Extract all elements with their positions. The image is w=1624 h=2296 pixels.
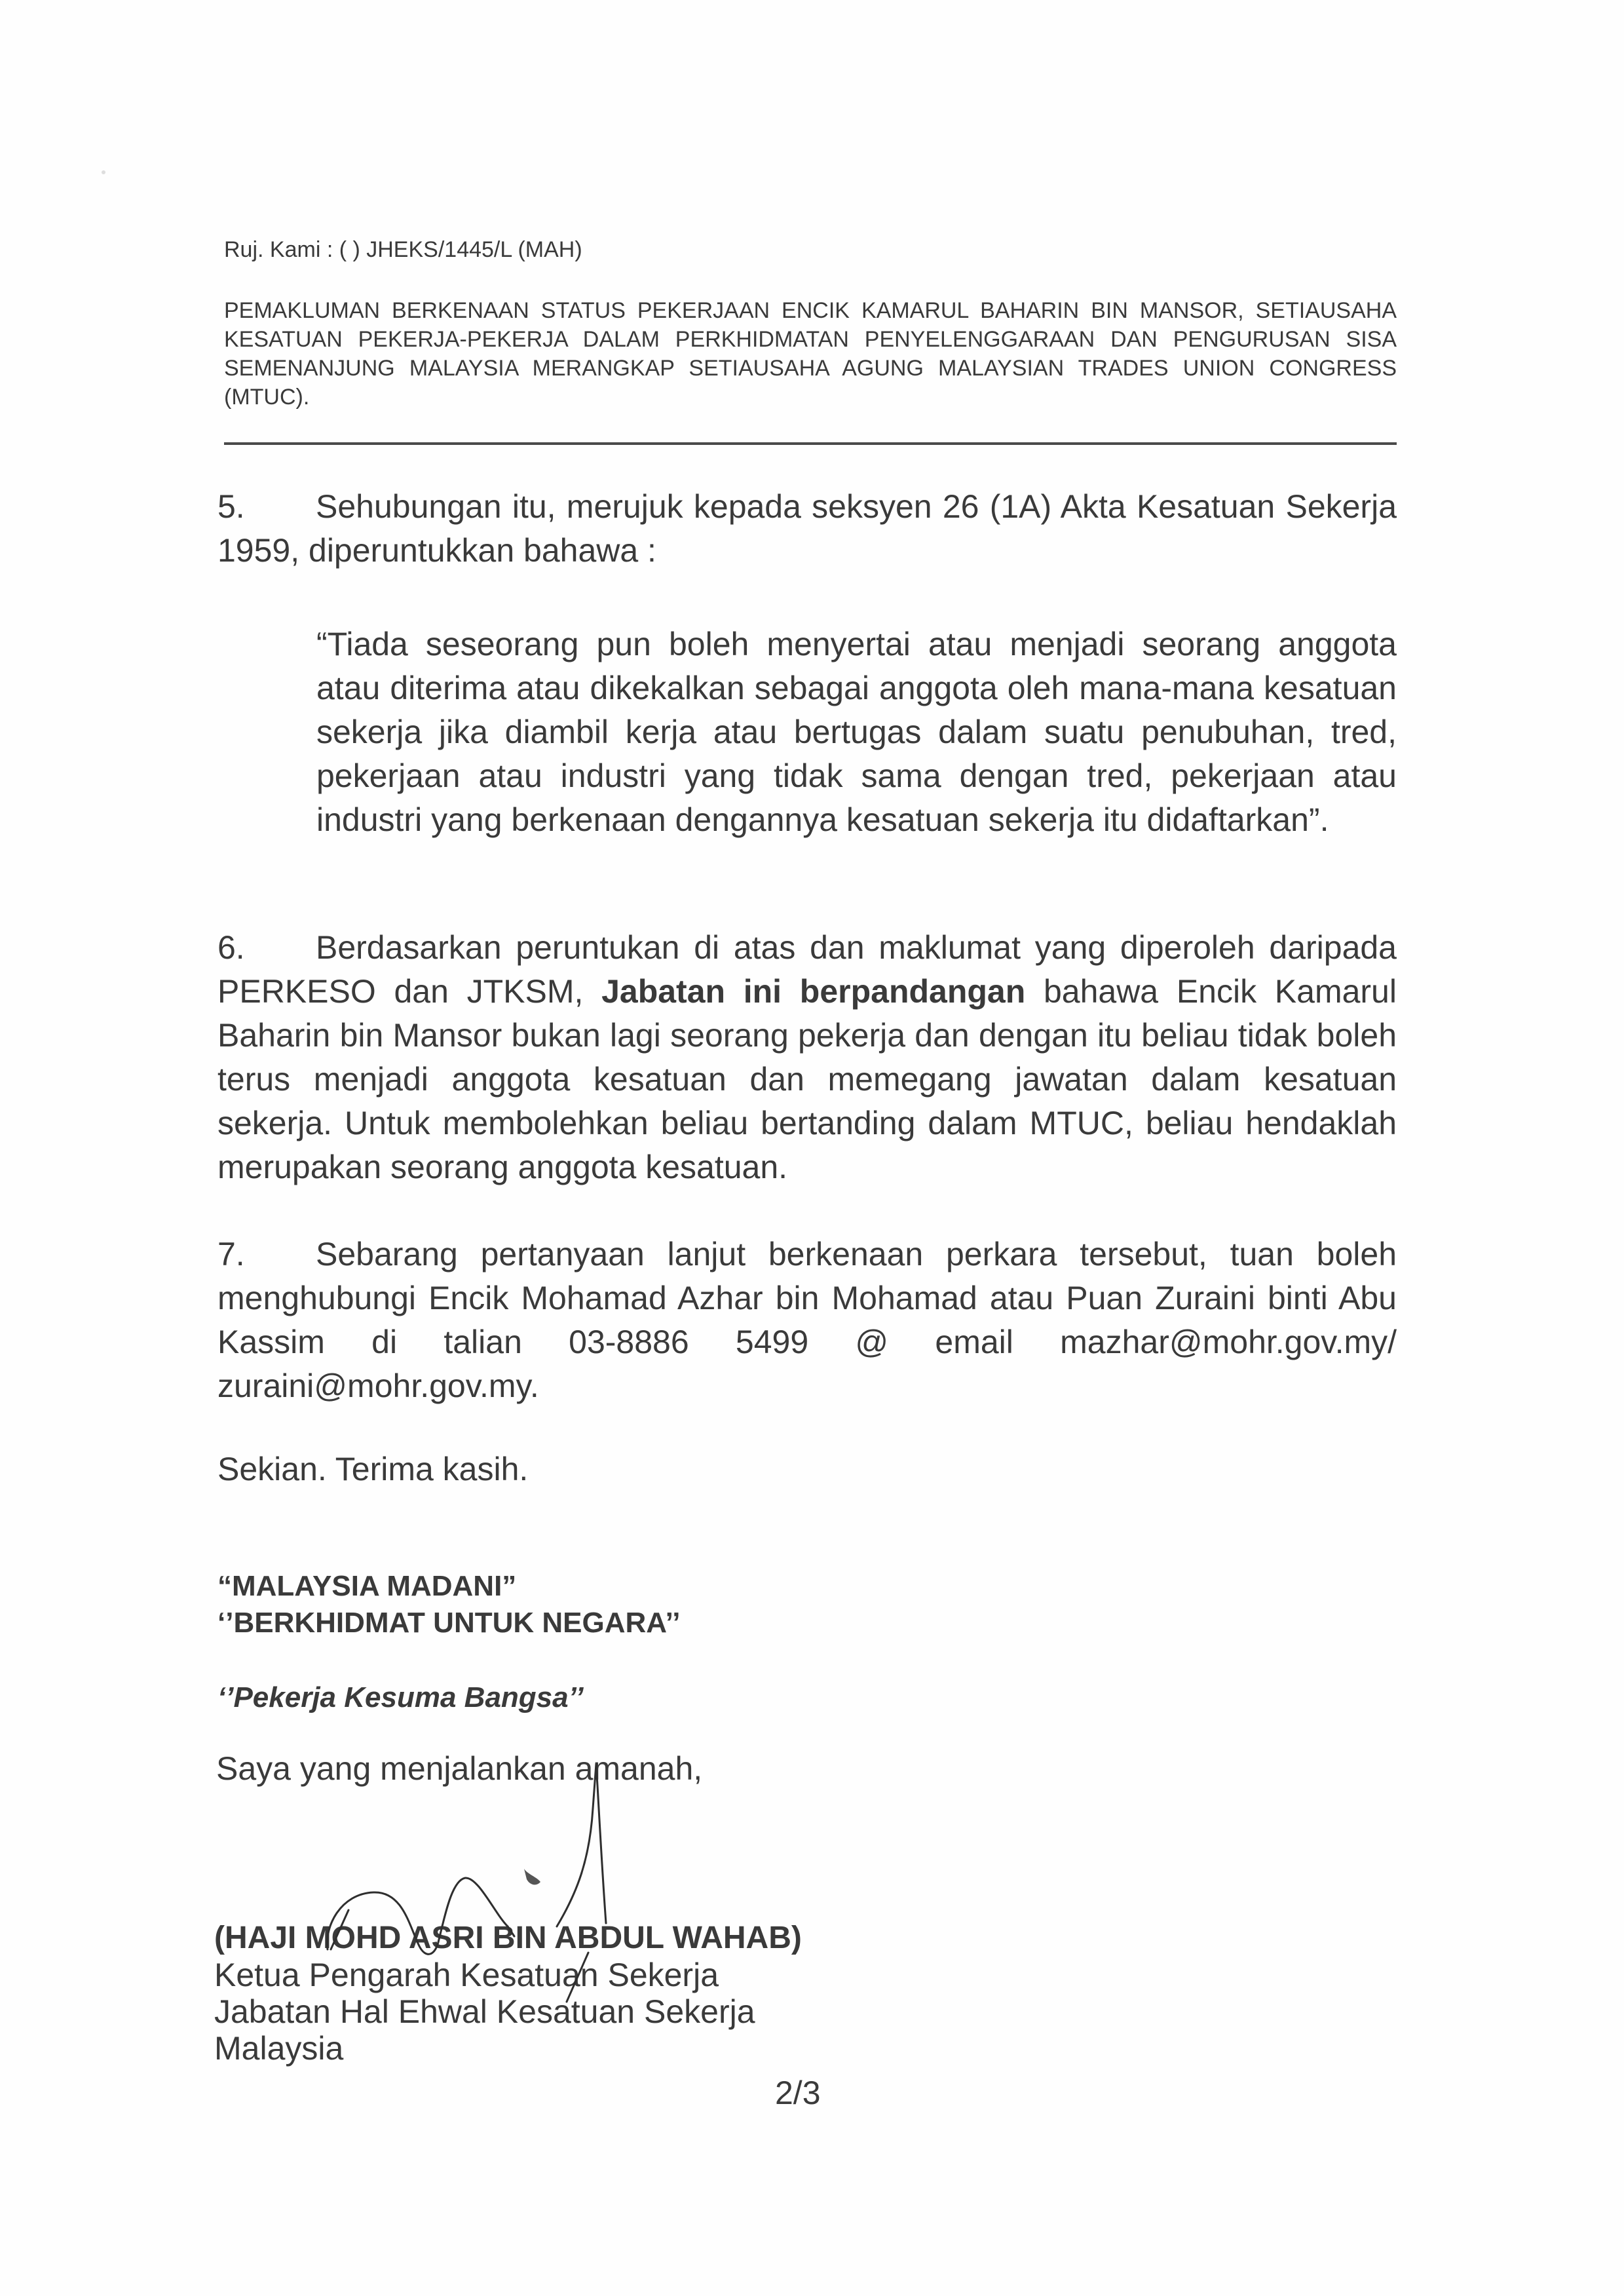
motto-block: “MALAYSIA MADANI” ‘’BERKHIDMAT UNTUK NEG…: [217, 1568, 680, 1641]
closing-remark: Sekian. Terima kasih.: [217, 1450, 528, 1488]
scan-speck: [102, 170, 105, 174]
signatory-block: (HAJI MOHD ASRI BIN ABDUL WAHAB) Ketua P…: [214, 1920, 802, 2067]
sign-off: Saya yang menjalankan amanah,: [216, 1750, 702, 1788]
paragraph-text: Sebarang pertanyaan lanjut berkenaan per…: [217, 1236, 1397, 1404]
paragraph-number: 6.: [217, 926, 316, 970]
paragraph-6: 6.Berdasarkan peruntukan di atas dan mak…: [217, 926, 1397, 1189]
signatory-country: Malaysia: [214, 2030, 802, 2067]
signatory-name: (HAJI MOHD ASRI BIN ABDUL WAHAB): [214, 1920, 802, 1957]
motto-line: “MALAYSIA MADANI”: [217, 1568, 680, 1605]
letter-page: Ruj. Kami : ( ) JHEKS/1445/L (MAH) PEMAK…: [0, 0, 1624, 2296]
paragraph-number: 7.: [217, 1233, 316, 1276]
paragraph-7: 7.Sebarang pertanyaan lanjut berkenaan p…: [217, 1233, 1397, 1408]
signatory-department: Jabatan Hal Ehwal Kesatuan Sekerja: [214, 1993, 802, 2030]
statute-quote: “Tiada seseorang pun boleh menyertai ata…: [316, 622, 1397, 842]
header-divider: [224, 442, 1397, 445]
paragraph-emphasis: Jabatan ini berpandangan: [601, 973, 1025, 1010]
paragraph-number: 5.: [217, 485, 316, 529]
letter-subject: PEMAKLUMAN BERKENAAN STATUS PEKERJAAN EN…: [224, 296, 1397, 411]
reference-number: Ruj. Kami : ( ) JHEKS/1445/L (MAH): [224, 237, 582, 263]
paragraph-5: 5.Sehubungan itu, merujuk kepada seksyen…: [217, 485, 1397, 573]
tagline: ‘’Pekerja Kesuma Bangsa’’: [217, 1681, 583, 1714]
paragraph-text: Sehubungan itu, merujuk kepada seksyen 2…: [217, 488, 1397, 569]
motto-line: ‘’BERKHIDMAT UNTUK NEGARA’’: [217, 1605, 680, 1641]
signatory-title: Ketua Pengarah Kesatuan Sekerja: [214, 1957, 802, 1993]
page-number: 2/3: [775, 2074, 821, 2112]
